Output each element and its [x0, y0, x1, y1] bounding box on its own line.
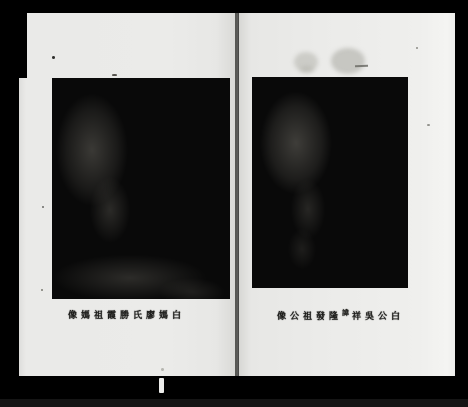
- scan-speck: [41, 289, 43, 291]
- scan-speck: [52, 56, 55, 59]
- scan-border-right: [455, 0, 468, 407]
- book-gutter: [235, 13, 239, 376]
- right-photo-caption: 像公祖發隆諱祥吳公白: [277, 312, 404, 322]
- scan-speck: [42, 206, 44, 208]
- scan-speck: [161, 368, 164, 371]
- scan-speck: [112, 74, 117, 76]
- right-caption-taboo-name-marker: 諱: [342, 309, 352, 317]
- scan-speck: [427, 124, 430, 126]
- left-portrait-photo: [52, 78, 230, 299]
- ink-bleed-smudge: [331, 48, 365, 74]
- film-notch-mark: [159, 378, 164, 393]
- right-caption-text-end: 祥吳公白: [352, 312, 404, 322]
- ink-bleed-smudge: [300, 66, 314, 73]
- right-caption-text-start: 像公祖發隆: [277, 312, 342, 322]
- right-portrait-photo: [252, 77, 408, 288]
- scan-border-bottom-strip: [0, 399, 468, 407]
- scan-border-corner-notch: [0, 0, 27, 78]
- scanned-book-spread: 像媽祖霞勝氏廖媽白 像公祖發隆諱祥吳公白: [0, 0, 468, 407]
- left-photo-caption: 像媽祖霞勝氏廖媽白: [68, 311, 185, 321]
- scan-speck: [416, 47, 418, 49]
- left-caption-text: 像媽祖霞勝氏廖媽白: [68, 311, 185, 321]
- scan-border-top: [0, 0, 468, 13]
